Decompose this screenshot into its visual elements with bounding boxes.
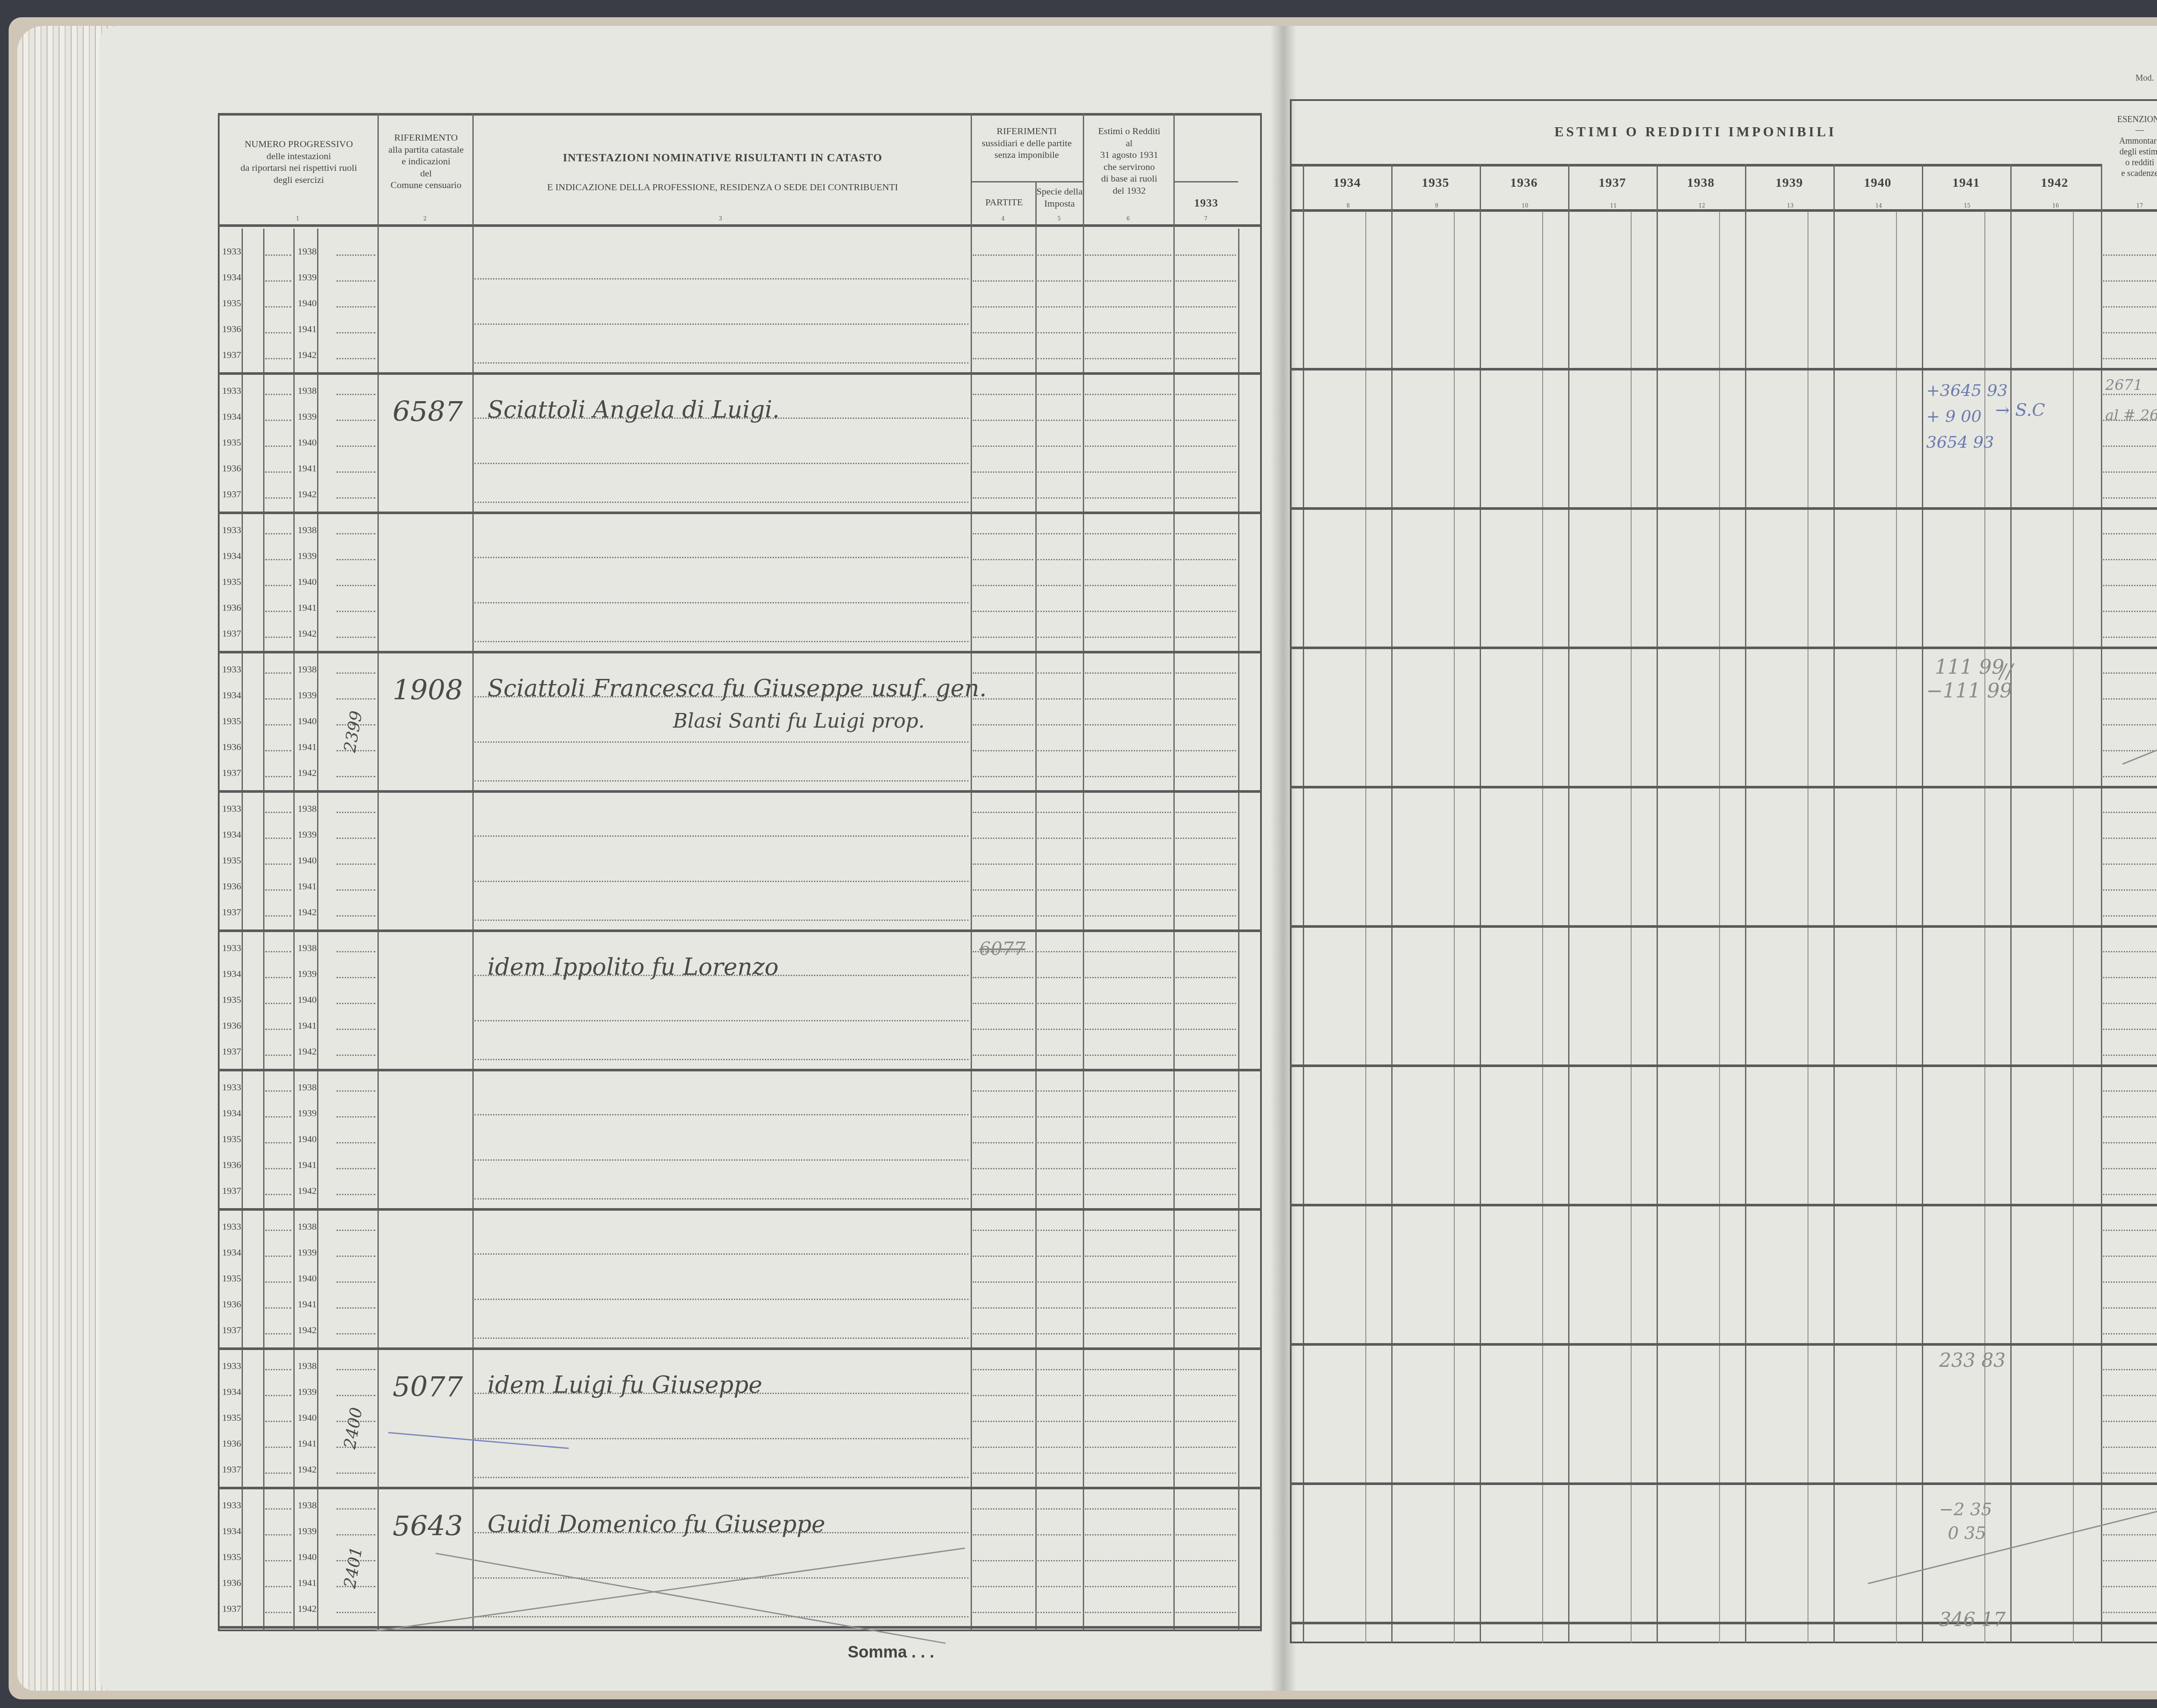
- year-label: 1934: [222, 411, 241, 422]
- blank-line: [336, 1534, 375, 1535]
- name-line: [475, 1616, 968, 1617]
- amount-line: [973, 1281, 1033, 1283]
- column-header-title: INTESTAZIONI NOMINATIVE RISULTANTI IN CA…: [475, 151, 971, 165]
- exemption-line: [2103, 863, 2157, 865]
- amount-line: [1085, 446, 1171, 447]
- amount-line: [1176, 1003, 1236, 1004]
- amount-1941: −2 35: [1939, 1500, 1992, 1520]
- column-rule: [2101, 164, 2102, 1643]
- column-header-title: PARTITE: [973, 196, 1035, 208]
- blank-line: [265, 1256, 291, 1257]
- column-rule: [1922, 164, 1923, 1643]
- amount-line: [1176, 1281, 1236, 1283]
- name-line: [475, 1253, 968, 1255]
- amount-line: [1038, 394, 1081, 395]
- amount-1941: 111 99: [1935, 655, 2004, 678]
- column-header-line: senza imponibile: [973, 149, 1081, 161]
- year-column-header: 1942: [2012, 175, 2097, 191]
- exemption-line: [2103, 1307, 2157, 1309]
- left-page-edges: [17, 26, 112, 1691]
- column-header-line: alla partita catastale: [380, 144, 472, 156]
- blank-line: [265, 1447, 291, 1448]
- amount-line: [1085, 863, 1171, 865]
- rule: [1290, 209, 2157, 212]
- amount-line: [973, 332, 1033, 333]
- amount-line: [1038, 1560, 1081, 1561]
- amount-line: [1085, 1116, 1171, 1118]
- row-divider: [1290, 1204, 2157, 1206]
- column-header-line: da riportarsi nei rispettivi ruoli: [220, 162, 377, 174]
- year-label: 1933: [222, 664, 241, 675]
- year-label: 1938: [298, 1221, 317, 1232]
- esenzioni-header-line: e scadenze: [2103, 168, 2157, 179]
- exemption-line: [2103, 1230, 2157, 1231]
- amount-line: [973, 750, 1033, 751]
- year-label: 1933: [222, 1082, 241, 1093]
- exemption-line: [2103, 1142, 2157, 1143]
- blank-line: [336, 776, 375, 777]
- blank-line: [265, 977, 291, 978]
- column-header-title: Estimi o Redditi: [1085, 125, 1173, 137]
- amount-line: [1176, 1473, 1236, 1474]
- blank-line: [265, 533, 291, 534]
- year-label: 1942: [298, 907, 317, 918]
- amount-line: [973, 1534, 1033, 1535]
- year-label: 1940: [298, 298, 317, 309]
- amount-line: [1038, 559, 1081, 560]
- amount-line: [1085, 1281, 1171, 1283]
- amount-line: [1038, 280, 1081, 282]
- contributor-name: Sciattoli Angela di Luigi.: [487, 396, 780, 423]
- amount-line: [1176, 471, 1236, 473]
- row-divider: [218, 1626, 1262, 1629]
- name-line: [475, 881, 968, 882]
- amount-line: [1085, 1256, 1171, 1257]
- year-label: 1937: [222, 349, 241, 361]
- amount-line: [973, 1395, 1033, 1396]
- amount-line: [1085, 394, 1171, 395]
- blank-line: [265, 698, 291, 700]
- amount-line: [1176, 559, 1236, 560]
- amount-line: [973, 1090, 1033, 1092]
- blank-line: [336, 471, 375, 473]
- column-number: 10: [1521, 203, 1529, 209]
- amount-line: [973, 1586, 1033, 1587]
- column-header: E INDICAZIONE DELLA PROFESSIONE, RESIDEN…: [475, 181, 971, 193]
- amount-line: [1176, 254, 1236, 256]
- esenzioni-header-line: degli estimi: [2103, 147, 2157, 157]
- exemption-line: [2103, 280, 2157, 282]
- exemption-line: [2103, 1534, 2157, 1535]
- blank-line: [265, 1055, 291, 1056]
- column-number: 17: [2135, 203, 2144, 209]
- column-rule: [1745, 164, 1746, 1643]
- name-line: [475, 557, 968, 558]
- name-line: [475, 641, 968, 642]
- amount-line: [1038, 776, 1081, 777]
- exemption-line: [2103, 306, 2157, 308]
- exemption-line: [2103, 1333, 2157, 1334]
- amount-line: [1085, 889, 1171, 891]
- blank-line: [265, 1560, 291, 1561]
- amount-line: [1085, 1090, 1171, 1092]
- amount-line: [1176, 1369, 1236, 1370]
- column-header-line: 31 agosto 1931: [1085, 149, 1173, 161]
- exemption-line: [2103, 1447, 2157, 1448]
- amount-line: [1085, 1230, 1171, 1231]
- amount-line: [1085, 977, 1171, 978]
- year-label: 1937: [222, 767, 241, 779]
- blank-line: [265, 1003, 291, 1004]
- amount-line: [1038, 889, 1081, 891]
- blank-line: [336, 533, 375, 534]
- year-label: 1934: [222, 1247, 241, 1258]
- form-code: Mod. 111 - Imposte Dirette (Intercalare)…: [2135, 73, 2157, 83]
- blank-line: [336, 698, 375, 700]
- year-label: 1937: [222, 628, 241, 639]
- blank-line: [265, 915, 291, 917]
- year-label: 1936: [222, 881, 241, 892]
- amount-line: [973, 977, 1033, 978]
- year-label: 1939: [298, 968, 317, 980]
- column-header: RIFERIMENTIsussidiari e delle partitesen…: [973, 125, 1081, 161]
- amount-line: [1038, 1369, 1081, 1370]
- blank-line: [265, 332, 291, 333]
- section-title: ESTIMI O REDDITI IMPONIBILI: [1294, 123, 2097, 140]
- amount-line: [1038, 951, 1081, 952]
- year-label: 1934: [222, 550, 241, 562]
- column-number: 4: [999, 216, 1007, 222]
- reference-partita: 6077: [979, 938, 1025, 959]
- blank-line: [336, 838, 375, 839]
- year-column-header: 1939: [1747, 175, 1831, 191]
- blank-line: [265, 724, 291, 725]
- blank-line: [265, 951, 291, 952]
- row-divider: [218, 929, 1262, 932]
- amount-line: [1176, 672, 1236, 674]
- exemption-line: [2103, 776, 2157, 777]
- year-label: 1935: [222, 855, 241, 866]
- amount-line: [1085, 1307, 1171, 1309]
- name-line: [475, 1338, 968, 1339]
- blank-line: [336, 863, 375, 865]
- exemption-line: [2103, 332, 2157, 333]
- amount-line: [1085, 698, 1171, 700]
- amount-line: [1085, 497, 1171, 499]
- amount-line: [1038, 1055, 1081, 1056]
- annotation: al # 2664: [2105, 407, 2157, 424]
- amount-line: [1038, 1421, 1081, 1422]
- row-divider: [218, 651, 1262, 653]
- amount-line: [1176, 750, 1236, 751]
- row-divider: [1290, 1482, 2157, 1485]
- blank-line: [265, 1307, 291, 1309]
- blank-line: [265, 1142, 291, 1143]
- amount-line: [1176, 724, 1236, 725]
- column-header: Specie della Imposta: [1036, 185, 1083, 209]
- year-label: 1938: [298, 1500, 317, 1511]
- esenzioni-header-line: Ammontare: [2103, 136, 2157, 147]
- amount-line: [1085, 1421, 1171, 1422]
- amount-line: [1038, 1473, 1081, 1474]
- year-label: 1938: [298, 803, 317, 814]
- column-header-line: Comune censuario: [380, 179, 472, 191]
- amount-line: [1085, 358, 1171, 359]
- blank-line: [265, 637, 291, 638]
- blank-line: [336, 358, 375, 359]
- amount-line: [1176, 332, 1236, 333]
- blank-line: [336, 1369, 375, 1370]
- year-label: 1939: [298, 690, 317, 701]
- exemption-line: [2103, 1168, 2157, 1169]
- blank-line: [336, 1003, 375, 1004]
- blank-line: [336, 1055, 375, 1056]
- exemption-line: [2103, 559, 2157, 560]
- name-line: [475, 1198, 968, 1199]
- amount-line: [1176, 1116, 1236, 1118]
- blank-line: [265, 254, 291, 256]
- amount-line: [1176, 1508, 1236, 1510]
- year-label: 1935: [222, 994, 241, 1005]
- amount-line: [973, 611, 1033, 612]
- year-label: 1935: [222, 716, 241, 727]
- column-number: 3: [716, 216, 725, 222]
- column-header-line: del 1932: [1085, 185, 1173, 197]
- amount-line: [1085, 1029, 1171, 1030]
- exemption-line: [2103, 1612, 2157, 1613]
- name-line: [475, 1577, 968, 1579]
- blank-line: [336, 1612, 375, 1613]
- amount-line: [1038, 306, 1081, 308]
- blank-line: [336, 915, 375, 917]
- contributor-name-line2: Blasi Santi fu Luigi prop.: [673, 709, 924, 732]
- amount-line: [1038, 446, 1081, 447]
- amount-line: [1038, 1447, 1081, 1448]
- amount-line: [973, 358, 1033, 359]
- year-label: 1936: [222, 1299, 241, 1310]
- amount-line: [1085, 672, 1171, 674]
- transfer-note: → S.C: [1995, 400, 2045, 420]
- year-label: 1936: [222, 1577, 241, 1589]
- blank-line: [265, 776, 291, 777]
- name-line: [475, 1477, 968, 1478]
- contributor-name: Guidi Domenico fu Giuseppe: [487, 1510, 825, 1538]
- amount-line: [1176, 1395, 1236, 1396]
- year-label: 1939: [298, 1526, 317, 1537]
- year-label: 1942: [298, 767, 317, 779]
- exemption-line: [2103, 637, 2157, 638]
- amount-1941: 233 83: [1939, 1350, 2006, 1372]
- amount-line: [973, 1256, 1033, 1257]
- name-line: [475, 463, 968, 464]
- year-label: 1938: [298, 524, 317, 536]
- esenzioni-header-line: o redditi: [2103, 157, 2157, 168]
- amount-line: [1176, 585, 1236, 586]
- amount-line: [1085, 1586, 1171, 1587]
- row-divider: [218, 372, 1262, 375]
- year-label: 1942: [298, 489, 317, 500]
- row-divider: [1290, 1064, 2157, 1067]
- year-label: 1941: [298, 463, 317, 474]
- year-label: 1941: [298, 323, 317, 335]
- amount-line: [1038, 1281, 1081, 1283]
- year-label: 1940: [298, 437, 317, 448]
- exemption-line: [2103, 533, 2157, 534]
- column-number: 12: [1698, 203, 1706, 209]
- exemption-line: [2103, 1586, 2157, 1587]
- blank-line: [265, 1473, 291, 1474]
- exemption-line: [2103, 1395, 2157, 1396]
- exemption-line: [2103, 1029, 2157, 1030]
- amount-line: [1085, 1055, 1171, 1056]
- amount-line: [1085, 559, 1171, 560]
- column-rule: [1657, 164, 1658, 1643]
- amount-line: [1085, 1473, 1171, 1474]
- blank-line: [336, 280, 375, 282]
- amount-line: [1085, 637, 1171, 638]
- amount-line: [1085, 951, 1171, 952]
- amount-line: [1085, 1003, 1171, 1004]
- amount-line: [973, 471, 1033, 473]
- year-label: 1941: [298, 1577, 317, 1589]
- exemption-line: [2103, 915, 2157, 917]
- amount-line: [1176, 1230, 1236, 1231]
- year-label: 1938: [298, 1082, 317, 1093]
- amount-line: [1085, 838, 1171, 839]
- blank-line: [265, 1116, 291, 1118]
- blank-line: [265, 750, 291, 751]
- year-label: 1937: [222, 1603, 241, 1614]
- year-label: 1934: [222, 968, 241, 980]
- amount-line: [973, 446, 1033, 447]
- year-label: 1940: [298, 1133, 317, 1145]
- row-divider: [1290, 1343, 2157, 1346]
- year-label: 1941: [298, 741, 317, 753]
- amount-line: [1085, 611, 1171, 612]
- column-rule: [472, 113, 474, 229]
- year-label: 1938: [298, 1360, 317, 1372]
- somma-1941: 346 17: [1939, 1609, 2006, 1631]
- esenzioni-header-line: ESENZIONI: [2103, 114, 2157, 125]
- name-line: [475, 1114, 968, 1115]
- left-table-frame: [218, 113, 1262, 1631]
- year-label: 1938: [298, 385, 317, 396]
- amount-line: [1176, 915, 1236, 917]
- blank-line: [265, 1230, 291, 1231]
- amount-line: [1176, 977, 1236, 978]
- year-label: 1935: [222, 298, 241, 309]
- rule: [218, 224, 1262, 227]
- year-label: 1941: [298, 602, 317, 613]
- exemption-line: [2103, 1560, 2157, 1561]
- column-header-title: NUMERO PROGRESSIVO: [220, 138, 377, 150]
- column-number: 14: [1874, 203, 1883, 209]
- amount-line: [973, 776, 1033, 777]
- amount-line: [1038, 585, 1081, 586]
- partita-number: 6587: [393, 396, 463, 428]
- amount-line: [1038, 750, 1081, 751]
- row-divider: [1290, 507, 2157, 510]
- year-label: 1935: [222, 576, 241, 587]
- amount-line: [1085, 533, 1171, 534]
- name-line: [475, 1059, 968, 1060]
- amount-line: [1176, 1090, 1236, 1092]
- blank-line: [265, 1194, 291, 1195]
- amount-line: [1176, 497, 1236, 499]
- year-label: 1938: [298, 942, 317, 954]
- year-label: 1942: [298, 1603, 317, 1614]
- amount-line: [1038, 637, 1081, 638]
- amount-line: [1176, 1333, 1236, 1334]
- blank-line: [336, 306, 375, 308]
- year-column-header: 1934: [1305, 175, 1389, 191]
- amount-line: [973, 1029, 1033, 1030]
- amount-1941-addition: + 9 00: [1926, 407, 1982, 426]
- column-header-title: E INDICAZIONE DELLA PROFESSIONE, RESIDEN…: [475, 181, 971, 193]
- amount-line: [1038, 1142, 1081, 1143]
- amount-line: [973, 585, 1033, 586]
- amount-line: [1085, 1333, 1171, 1334]
- amount-1941: +3645 93: [1926, 381, 2008, 400]
- year-label: 1940: [298, 1273, 317, 1284]
- amount-line: [973, 672, 1033, 674]
- amount-line: [1085, 1168, 1171, 1169]
- amount-line: [973, 1230, 1033, 1231]
- column-header: PARTITE: [973, 196, 1035, 208]
- column-number: 5: [1055, 216, 1063, 222]
- amount-line: [1176, 1534, 1236, 1535]
- amount-line: [1038, 533, 1081, 534]
- year-label: 1942: [298, 1464, 317, 1475]
- row-divider: [1290, 647, 2157, 649]
- year-label: 1942: [298, 1046, 317, 1057]
- amount-line: [1085, 420, 1171, 421]
- blank-line: [336, 446, 375, 447]
- year-label: 1942: [298, 1185, 317, 1196]
- year-label: 1935: [222, 1273, 241, 1284]
- esenzioni-header: ESENZIONI—Ammontaredegli estimio redditi…: [2103, 114, 2157, 179]
- amount-line: [1038, 672, 1081, 674]
- year-label: 1938: [298, 246, 317, 257]
- amount-line: [1038, 1534, 1081, 1535]
- year-column-header: 1937: [1570, 175, 1654, 191]
- amount-line: [973, 889, 1033, 891]
- year-label: 1940: [298, 1551, 317, 1563]
- row-divider: [218, 1487, 1262, 1489]
- blank-line: [265, 838, 291, 839]
- row-divider: [218, 512, 1262, 514]
- row-divider: [1290, 368, 2157, 370]
- column-rule: [971, 113, 972, 229]
- year-label: 1941: [298, 1299, 317, 1310]
- amount-line: [973, 1116, 1033, 1118]
- blank-line: [336, 585, 375, 586]
- year-label: 1936: [222, 741, 241, 753]
- blank-line: [265, 863, 291, 865]
- blank-line: [336, 812, 375, 813]
- year-label: 1939: [298, 550, 317, 562]
- year-label: 1933: [222, 524, 241, 536]
- amount-line: [1085, 1534, 1171, 1535]
- amount-line: [973, 1612, 1033, 1613]
- name-line: [475, 1159, 968, 1161]
- blank-line: [336, 332, 375, 333]
- amount-line: [1038, 471, 1081, 473]
- column-number: 9: [1432, 203, 1441, 209]
- exemption-line: [2103, 585, 2157, 586]
- row-divider: [1290, 925, 2157, 928]
- blank-line: [265, 1534, 291, 1535]
